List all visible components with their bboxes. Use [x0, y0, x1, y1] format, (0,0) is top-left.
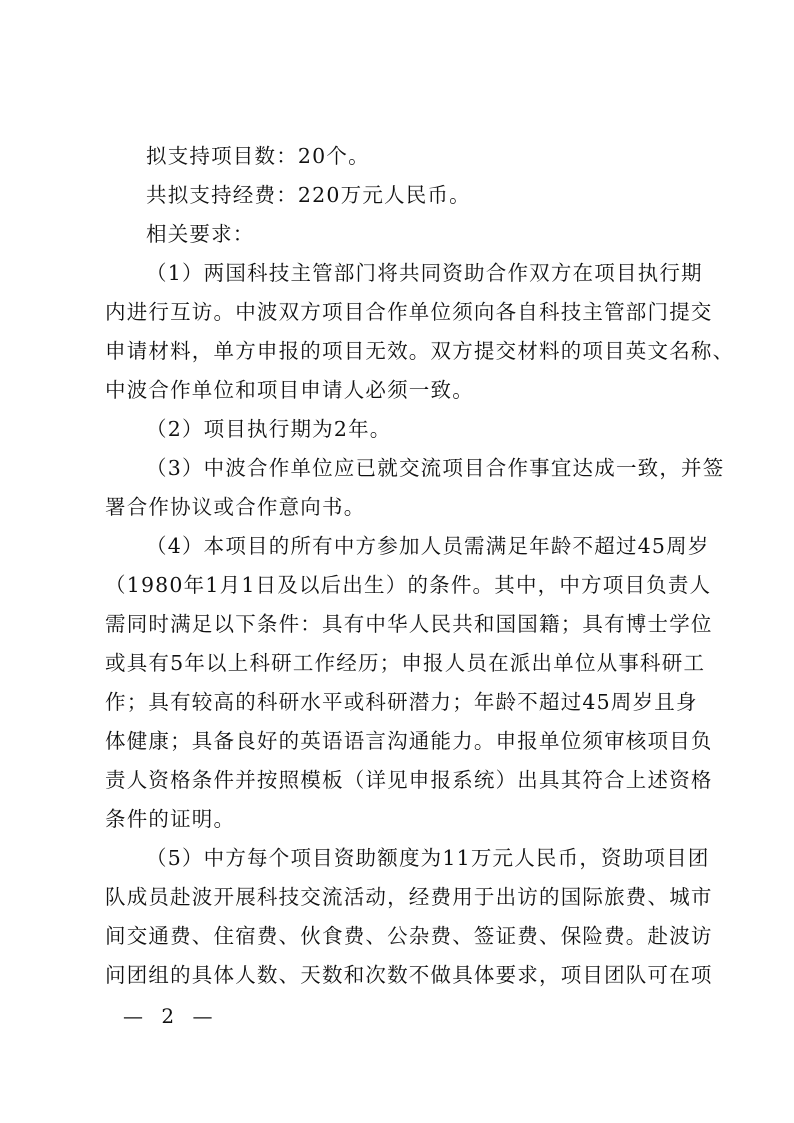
requirement-1-line-2: 内进行互访。中波双方项目合作单位须向各自科技主管部门提交 [105, 300, 694, 324]
requirement-3-line-1: （3）中波合作单位应已就交流项目合作事宜达成一致，并签 [146, 456, 694, 480]
requirement-2-line-1: （2）项目执行期为2年。 [146, 417, 746, 441]
document-page: 拟支持项目数：20个。 共拟支持经费：220万元人民币。 相关要求： （1）两国… [0, 0, 794, 1123]
requirement-4-line-6: 体健康；具备良好的英语语言沟通能力。申报单位须审核项目负 [105, 729, 694, 753]
text-line-total-funding: 共拟支持经费：220万元人民币。 [146, 183, 746, 207]
requirement-4-line-2: （1980年1月1日及以后出生）的条件。其中，中方项目负责人 [105, 573, 694, 597]
requirement-1-line-1: （1）两国科技主管部门将共同资助合作双方在项目执行期 [146, 261, 694, 285]
requirement-4-line-8: 条件的证明。 [105, 807, 705, 831]
text-line-project-count: 拟支持项目数：20个。 [146, 144, 746, 168]
requirement-5-line-2: 队成员赴波开展科技交流活动，经费用于出访的国际旅费、城市 [105, 885, 694, 909]
requirement-5-line-3: 间交通费、住宿费、伙食费、公杂费、签证费、保险费。赴波访 [105, 924, 694, 948]
requirement-4-line-7: 责人资格条件并按照模板（详见申报系统）出具其符合上述资格 [105, 768, 694, 792]
requirement-1-line-4: 中波合作单位和项目申请人必须一致。 [105, 378, 705, 402]
page-number: — 2 — [123, 1004, 218, 1028]
requirement-4-line-4: 或具有5年以上科研工作经历；申报人员在派出单位从事科研工 [105, 651, 694, 675]
requirement-5-line-4: 问团组的具体人数、天数和次数不做具体要求，项目团队可在项 [105, 963, 694, 987]
requirement-4-line-1: （4）本项目的所有中方参加人员需满足年龄不超过45周岁 [146, 534, 694, 558]
requirement-4-line-3: 需同时满足以下条件：具有中华人民共和国国籍；具有博士学位 [105, 612, 694, 636]
requirement-4-line-5: 作；具有较高的科研水平或科研潜力；年龄不超过45周岁且身 [105, 690, 694, 714]
requirement-3-line-2: 署合作协议或合作意向书。 [105, 495, 705, 519]
requirement-5-line-1: （5）中方每个项目资助额度为11万元人民币，资助项目团 [146, 846, 694, 870]
requirement-1-line-3: 申请材料，单方申报的项目无效。双方提交材料的项目英文名称、 [105, 339, 694, 363]
text-line-requirements-heading: 相关要求： [146, 222, 746, 246]
